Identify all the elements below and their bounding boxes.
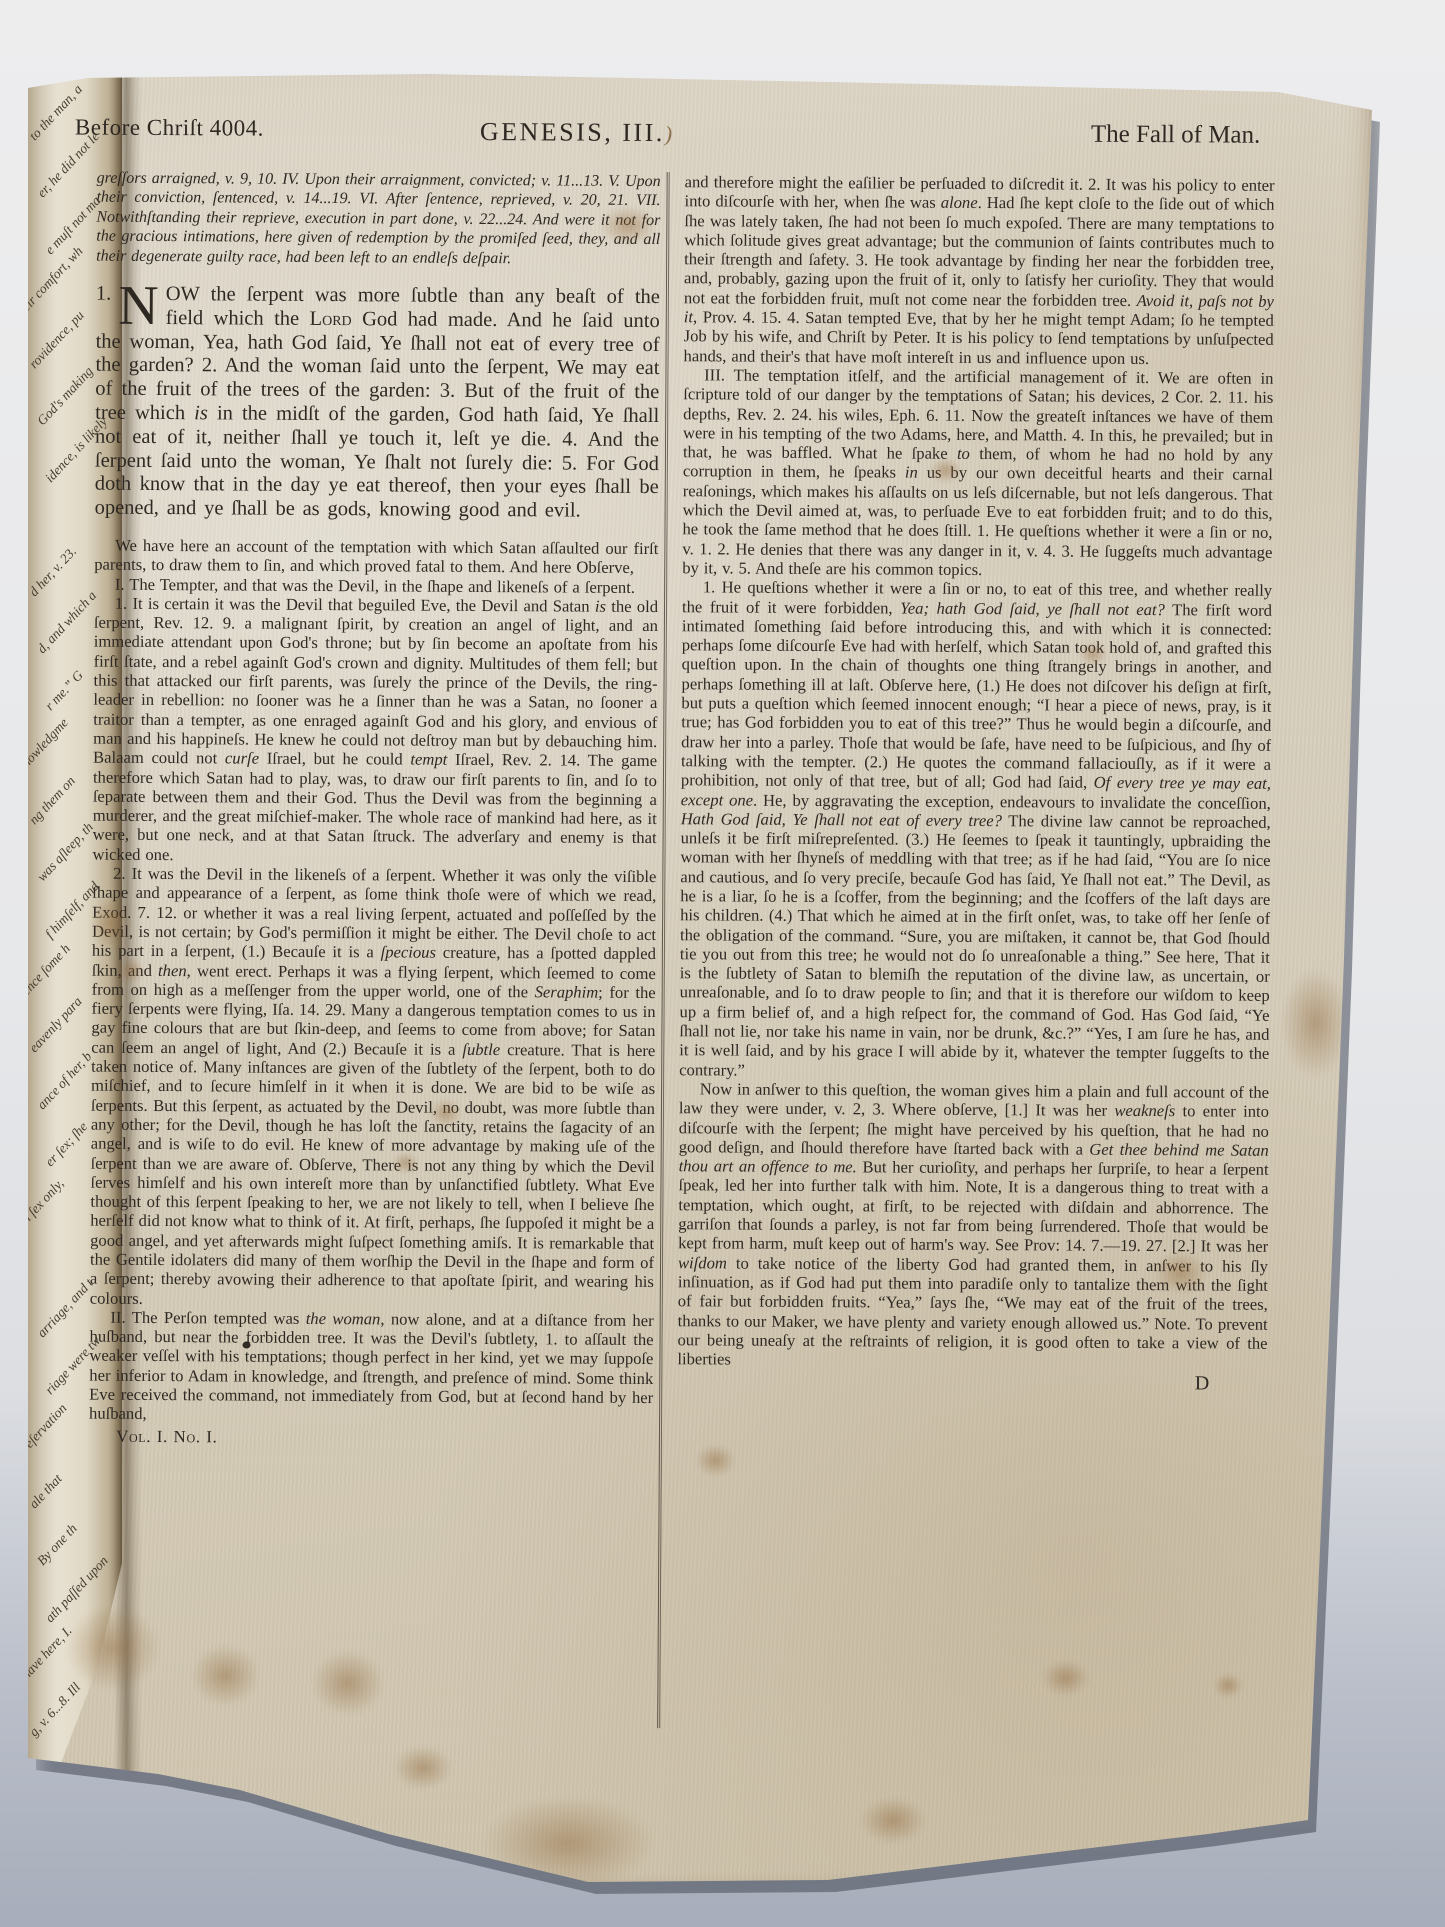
running-head-title: GENESIS, III.) — [480, 117, 675, 148]
running-head-date: Before Chriſt 4004. — [75, 114, 264, 141]
book-page: The C.to the man, aer, he did not lee mu… — [28, 58, 1380, 1896]
commentary-paragraph: Now in anſwer to this queſtion, the woma… — [677, 1079, 1269, 1372]
commentary-paragraph: II. The Perſon tempted was the woman, no… — [89, 1307, 654, 1426]
right-column: and therefore might the eaſilier be perſ… — [675, 172, 1275, 1756]
commentary-paragraph: 1. It is certain it was the Devil that b… — [92, 594, 658, 868]
verse-number: 1. — [96, 283, 112, 307]
drop-cap-initial: N — [118, 283, 166, 328]
left-column: greſſors arraigned, v. 9, 10. IV. Upon t… — [89, 169, 661, 1449]
ink-blot — [242, 1342, 250, 1349]
scripture-text: 1.NOW the ſerpent was more ſubtle than a… — [95, 283, 660, 524]
running-head-section: The Fall of Man. — [1091, 121, 1261, 150]
commentary-paragraph: 2. It was the Devil in the likeneſs of a… — [90, 864, 657, 1311]
commentary-paragraph: We have here an account of the temptatio… — [94, 536, 658, 578]
signature-mark: D — [677, 1370, 1267, 1397]
chapter-outline-continuation: greſſors arraigned, v. 9, 10. IV. Upon t… — [96, 169, 661, 269]
commentary-paragraph: III. The temptation itſelf, and the arti… — [682, 365, 1273, 581]
previous-page-text-fragment: The C. — [28, 58, 54, 87]
volume-imprint: Vol. I. No. I. — [89, 1426, 653, 1449]
commentary-paragraph: 1. He queſtions whether it were a ſin or… — [679, 577, 1272, 1082]
page-content: Before Chriſt 4004. GENESIS, III.) The F… — [22, 54, 1385, 1900]
scripture-body: OW the ſerpent was more ſubtle than any … — [95, 283, 660, 522]
printers-flourish: ) — [665, 121, 675, 146]
commentary-paragraph: and therefore might the eaſilier be perſ… — [683, 172, 1274, 369]
